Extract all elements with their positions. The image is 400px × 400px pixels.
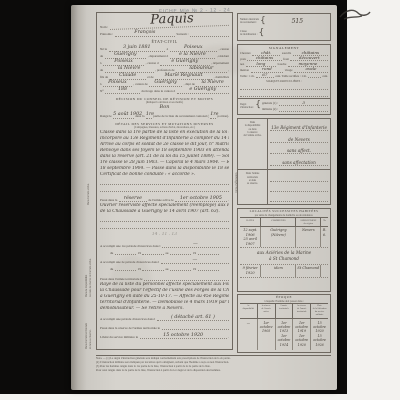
printed-label: 19	[193, 268, 196, 272]
localites-col-header: №	[320, 218, 328, 226]
text-line: du recrutement :	[240, 21, 259, 24]
handwritten-value	[142, 254, 163, 255]
printed-label: à	[100, 83, 101, 87]
printed-label: 19	[193, 252, 196, 256]
printed-label: Né le	[100, 48, 107, 52]
epoque-cell: 1er octobre19131er octobre1914	[275, 319, 293, 350]
text-line: de mobilisation :	[240, 33, 257, 36]
localites-span-row: aux Aciéries de la Marineà St Chamond	[240, 248, 328, 265]
text-line: 15 octobre	[311, 321, 328, 329]
footnotes: Nota. — (1) Le degré d'instruction génér…	[96, 355, 331, 373]
ruled-blank-lines	[100, 178, 229, 192]
localites-cell: 12 sept. 190625 avril 1907	[240, 227, 260, 247]
text-line: 1er octobre	[258, 321, 275, 329]
document-paper: FICHE Mle № 2 - 12 - 24 Dans l'armée act…	[71, 5, 337, 390]
printed-label: à	[100, 62, 101, 66]
matricule-box: Numéro matriculedu recrutement : { 515 C…	[237, 13, 331, 41]
localites-cell: R.6.	[320, 227, 328, 247]
handwritten-value: de Nevers	[288, 137, 310, 142]
printed-label: , canton d	[146, 62, 159, 66]
text-line: 1919	[293, 329, 310, 333]
text-line: territoriale	[293, 311, 310, 314]
printed-label: front	[283, 58, 289, 62]
reserve-paragraph: Ouvrier réserviste affecté spécialement …	[100, 203, 229, 215]
epoque-date: 1er octobre1914	[276, 334, 293, 347]
handwritten-value: 5 août 1902	[113, 113, 134, 119]
epoque-header: ladisponibilitéla réservede l'arméeactiv…	[240, 303, 328, 318]
etat-civil-line: Né le3 juin 1881àPoiseux, canton	[100, 45, 229, 52]
text-line: ou dans la réserve de l'armée active.	[89, 258, 93, 297]
affectation-line: de Nevers	[270, 134, 328, 143]
handwritten-value: e Guérigny	[177, 88, 229, 94]
handwritten-value	[198, 270, 219, 271]
printed-label: Passé dans la	[100, 199, 117, 203]
text-line: 1926	[311, 343, 328, 347]
text-line: à St Chamond	[240, 256, 328, 262]
text-line: 1er octobre	[293, 321, 310, 329]
printed-label: du	[110, 268, 113, 272]
printed-label: et de	[147, 76, 153, 80]
surname-label: Nom :	[100, 26, 108, 30]
epoque-cell: 1er octobre19191er octobre1920	[292, 319, 310, 350]
affectation-row: Dans l'arméeterritorialeet danssa réserv…	[238, 170, 330, 204]
printed-label: .	[228, 199, 229, 203]
footnote-line: Pour ceux rangés dans la 2e partie de la…	[96, 369, 331, 373]
blank-line	[100, 185, 229, 192]
marques-blank-lines	[240, 83, 328, 97]
brace-glyph: {	[255, 101, 261, 110]
epoque-body: —1er octobre19051er octobre19131er octob…	[240, 319, 328, 350]
epoque-cell: 15 octobre192015 octobre1926	[310, 319, 328, 350]
handwritten-value: Guérigny	[105, 53, 147, 59]
text-line: 1er octobre	[276, 334, 293, 342]
taille-row: Taille : 1 m.67cent. Taille rectifiée : …	[240, 73, 328, 79]
affectation-row-label: Dans l'arméeterritorialeet danssa réserv…	[238, 170, 268, 204]
epoque-col-header: la réservede l'arméeterritoriale	[292, 304, 310, 317]
periode1-dates: du19au19	[110, 248, 219, 255]
handwritten-value: 3 juin 1881	[109, 46, 166, 52]
brace-glyph: {	[258, 29, 264, 38]
localites-cell: idem	[260, 265, 295, 276]
territoriale-paragraph: Rayé de la liste du personnel affecté sp…	[100, 282, 229, 312]
handwritten-value	[144, 280, 229, 281]
text-line: 25 avril 1907	[240, 237, 260, 246]
libere-line: Libéré du service militaire le15 octobre…	[100, 332, 229, 339]
text-line: St Chamond	[296, 266, 320, 271]
faint-date-note: 14 . 11 . 13	[100, 232, 229, 238]
degre-militaire: militaire (2) :	[262, 106, 328, 112]
periode2-dates: du19au19	[110, 264, 219, 271]
printed-label: Passé dans l'armée territoriale le	[100, 278, 143, 282]
printed-label: générale (1) :	[262, 102, 278, 106]
printed-label: de	[100, 69, 103, 73]
text-line: 1914	[276, 343, 293, 347]
printed-label: A accompli une 1re période d'exercices d…	[100, 245, 160, 249]
text-line: 1913	[276, 329, 293, 333]
divider	[238, 98, 330, 99]
printed-label: Taille : 1 m.	[240, 75, 254, 79]
text-line: 12 sept. 1906	[240, 228, 260, 237]
localites-col-header: SUBDIVISIONde région	[295, 218, 320, 226]
handwritten-value: —	[161, 259, 229, 265]
printed-label: nez	[240, 63, 244, 67]
epoque-box: ÉPOQUE à laquelle l'homme doit passer da…	[237, 294, 331, 353]
surname-row: Nom : Paquis	[100, 14, 229, 30]
printed-label: 19	[138, 252, 141, 256]
localites-box: LOCALITÉS SUCCESSIVES HABITÉES par suite…	[237, 208, 331, 292]
blank-line	[240, 90, 328, 97]
handwritten-value: Guérigny	[149, 81, 182, 87]
blank-line	[100, 178, 229, 185]
printed-label: cent. Taille rectifiée : 1 m.	[275, 75, 306, 79]
printed-label: à	[167, 48, 168, 52]
text-line: COMMUNES	[261, 219, 295, 222]
epoque-date: 1er octobre1913	[276, 321, 293, 334]
handwritten-value	[308, 77, 321, 78]
handwritten-value	[115, 254, 136, 255]
reserve-territoriale-line: Passé dans la réserve de l'armée territo…	[100, 323, 229, 330]
printed-label: au	[165, 252, 168, 256]
classe-row: Classede mobilisation : {	[240, 27, 328, 39]
affectation-line: sans affectation	[270, 157, 328, 166]
printed-label: N°	[100, 90, 104, 94]
printed-label: yeux	[240, 58, 246, 62]
text-line: militaire	[311, 314, 328, 317]
degre-row: Degréd'instruction : { générale (1) :3 m…	[240, 100, 328, 111]
ruled-blank-lines	[100, 215, 229, 229]
handwritten-line: de la Chaussade à Guérigny le 14 avril 1…	[100, 209, 229, 215]
text-line: (Nièvre)	[261, 233, 295, 238]
handwritten-value	[115, 270, 136, 271]
handwritten-value: ovale	[294, 67, 328, 72]
handwritten-line: démobilisateur. — Se retire à Nevers.	[100, 306, 229, 312]
affectation-line	[270, 183, 328, 192]
affectation-rows: Dansla disponibilitéou dansla réservede …	[238, 119, 330, 204]
affectation-line	[270, 173, 328, 182]
firstname-row: Prénoms : François Surnom :	[100, 30, 229, 37]
text-line: 1905	[258, 329, 275, 333]
handwritten-value: la Nièvre	[105, 67, 154, 73]
screenshot-root: { "stamp": {"text": "FICHE Mle № 2 - 12 …	[0, 0, 400, 400]
localites-row: 12 sept. 190625 avril 1907Guérigny(Nièvr…	[240, 227, 328, 248]
handwritten-value	[162, 329, 229, 330]
printed-label: Passé dans la réserve de l'armée territo…	[100, 327, 160, 331]
main-form-frame: Nom : Paquis Prénoms : François Surnom :…	[96, 12, 233, 350]
text-line: 1er octobre	[276, 321, 293, 329]
firstname-value: François	[115, 31, 175, 37]
printed-label: A accompli une période d'exercices dans …	[100, 318, 155, 322]
handwritten-value: 1er octobre 1905	[175, 197, 227, 203]
handwritten-value: sans affectation	[282, 160, 316, 165]
blank-line	[100, 215, 229, 222]
etat-civil-line: N°188du tirage dans le canton de Guérign…	[100, 87, 229, 94]
text-line: et dans sa réserve.	[89, 323, 93, 349]
printed-label: de l'armée active le	[148, 199, 173, 203]
printed-label: ,	[228, 69, 229, 73]
printed-label: Libéré du service militaire le	[100, 336, 138, 340]
printed-label: , canton	[219, 48, 229, 52]
printed-label: A accompli une 2e période d'exercices da…	[100, 261, 159, 265]
affectation-row-label: Dansla disponibilitéou dansla réservede …	[238, 119, 268, 169]
signalement-row: mentonrondvisageovale	[240, 67, 328, 73]
handwritten-value: Claude	[110, 74, 146, 80]
handwritten-value: 1re	[146, 113, 152, 119]
epoque-cell: 1er octobre1905	[257, 319, 275, 350]
printed-label: fils de	[100, 76, 108, 80]
handwritten-value: 3	[279, 101, 328, 106]
affectation-line: sans affect.	[270, 145, 328, 154]
printed-label: dans la	[135, 115, 144, 119]
signalement-box: SIGNALEMENT Cheveuxchât.sourcilschâtains…	[237, 44, 331, 115]
handwritten-value: sans affect.	[287, 148, 311, 153]
matricule-row: Numéro matriculedu recrutement : { 515	[240, 15, 328, 27]
handwritten-value: ( détaché art. 61 )	[157, 316, 229, 322]
page-margin-bottom	[0, 394, 400, 400]
epoque-date: 15 octobre1920	[311, 321, 328, 334]
text-line: —	[240, 321, 257, 325]
handwritten-value: réserve	[119, 197, 147, 203]
handwritten-value	[142, 270, 163, 271]
handwritten-value: laboureur	[176, 67, 227, 73]
printed-label: bouche	[278, 63, 287, 67]
epoque-col-header: la réservede l'arméeactive	[257, 304, 275, 317]
printed-label: menton	[240, 69, 249, 73]
handwritten-value: e Guérigny	[160, 60, 209, 66]
epoque-date: 1er octobre1920	[293, 334, 310, 347]
printed-label: , canton de	[133, 83, 147, 87]
affectation-box: Dansla disponibilitéou dansla réservede …	[237, 118, 331, 205]
epoque-cell: —	[240, 319, 257, 350]
epoque-date: 1er octobre1905	[258, 321, 275, 334]
printed-label: Cheveux	[240, 52, 251, 56]
firstname-label: Prénoms :	[100, 33, 113, 37]
epoque-date: 1er octobre1919	[293, 321, 310, 334]
printed-label: 19	[138, 268, 141, 272]
localites-row: 9 février 1920idemSt Chamond	[240, 265, 328, 277]
epoque-col-header: ladisponibilité	[240, 304, 257, 317]
handwritten-value: 188	[105, 88, 140, 94]
handwritten-value: Poiseux	[170, 46, 218, 52]
printed-label: de	[100, 55, 103, 59]
text-line: disponibilité	[240, 308, 257, 311]
printed-label: visage	[285, 69, 293, 73]
localites-cell: 9 février 1920	[240, 265, 260, 276]
text-line: 1er octobre	[293, 334, 310, 342]
text-line: 15 octobre	[311, 334, 328, 342]
epoque-date: 15 octobre1926	[311, 334, 328, 347]
ink-squiggle-mark	[338, 7, 372, 23]
printed-label: du tirage dans le canton d	[141, 90, 175, 94]
handwritten-value	[170, 254, 191, 255]
text-line: Nevers	[296, 228, 320, 233]
printed-label: du	[110, 252, 113, 256]
printed-label: militaire (2) :	[262, 108, 278, 112]
printed-label: , résidant	[217, 55, 229, 59]
handwritten-value	[198, 254, 219, 255]
localites-col-header: COMMUNES	[260, 218, 295, 226]
periode1-line: A accompli une 1re période d'exercices d…	[100, 241, 229, 248]
affectation-line: 13e Régiment d'Infanterie	[270, 122, 328, 131]
etat-civil-line: deGuérigny, département de la Nièvre, ré…	[100, 52, 229, 59]
localites-cell: St Chamond	[295, 265, 320, 276]
text-line: sa réserve.	[239, 182, 266, 185]
margin-label-armee-active: Dans l'armée active.	[87, 183, 91, 205]
text-line: №	[321, 219, 328, 222]
etat-civil-lines: Né le3 juin 1881àPoiseux, canton deGuéri…	[100, 45, 229, 94]
text-line: d'instruction :	[240, 106, 254, 109]
etat-civil-line: dela Nièvre, profession delaboureur,	[100, 66, 229, 73]
degre-generale: générale (1) :3	[262, 100, 328, 106]
affectation-row: Dansla disponibilitéou dansla réservede …	[238, 119, 330, 170]
margin-label-territoriale: Dans l'armée territorialeet dans sa rése…	[85, 323, 92, 349]
localites-cell	[320, 265, 328, 276]
localites-header: DATESCOMMUNESSUBDIVISIONde région№	[240, 217, 328, 227]
handwritten-value	[279, 111, 328, 112]
handwritten-value: 13e Régiment d'Infanterie	[271, 125, 327, 130]
liste-line: Rangé le5 août 1902dans la1repartie de l…	[100, 112, 229, 119]
passe-territoriale-line: Passé dans l'armée territoriale le	[100, 274, 229, 281]
surname-value: Paquis	[110, 10, 229, 30]
brace-glyph: {	[260, 17, 266, 26]
decision-value: Bon	[100, 104, 229, 110]
printed-label: au	[165, 268, 168, 272]
classe-label: Classede mobilisation :	[240, 30, 257, 36]
handwritten-value: 1re	[210, 113, 216, 119]
text-line: active	[258, 311, 275, 314]
nickname-label: Surnom :	[176, 33, 188, 37]
epoque-date: —	[240, 321, 257, 325]
text-line: idem	[261, 266, 295, 271]
text-line: Dans l'armée active.	[87, 183, 91, 205]
printed-label: cent.	[322, 75, 328, 79]
localites-cell: Nevers	[295, 227, 320, 247]
handwritten-value: 15 octobre 1920	[140, 334, 227, 340]
text-line: 9 février 1920	[240, 266, 260, 275]
epoque-col-header: l'arméeterritoriale	[275, 304, 293, 317]
text-line: 1920	[293, 343, 310, 347]
localites-cell: Guérigny(Nièvre)	[260, 227, 295, 247]
degre-label: Degréd'instruction :	[240, 103, 254, 109]
handwritten-value: la Nièvre	[196, 81, 229, 87]
services-paragraph: Classé dans la 1re partie de la liste en…	[100, 130, 229, 178]
localites-col-header: DATES	[240, 218, 260, 226]
territoriale-periode-line: A accompli une période d'exercices dans …	[100, 314, 229, 321]
matricule-value: 515	[267, 18, 328, 25]
handwritten-value: Poiseux	[103, 81, 132, 87]
printed-label: , département	[211, 62, 229, 66]
matricule-label: Numéro matriculedu recrutement :	[240, 18, 259, 24]
etat-civil-line: fils deClaudeet deMarie Régnault, domici…	[100, 73, 229, 80]
handwritten-value: —	[162, 243, 229, 249]
handwritten-value	[170, 270, 191, 271]
affectation-write-area	[268, 170, 330, 204]
localites-body: 12 sept. 190625 avril 1907Guérigny(Nièvr…	[240, 227, 328, 278]
printed-label: sourcils	[282, 52, 291, 56]
printed-label: Rangé le	[100, 115, 112, 119]
text-line: 1920	[311, 329, 328, 333]
printed-label: , département d	[148, 55, 168, 59]
handwritten-value: Poiseux	[103, 60, 144, 66]
nickname-value	[190, 36, 229, 37]
affectation-line	[270, 193, 328, 202]
printed-label: partie de la liste du recrutement canton…	[153, 115, 209, 119]
blank-line	[100, 222, 229, 229]
text-line: 6.	[321, 233, 328, 238]
text-line: DATES	[240, 219, 260, 222]
text-line: territoriale	[276, 308, 293, 311]
handwritten-value: e la Nièvre	[170, 53, 216, 59]
handwritten-value: 67	[256, 73, 274, 78]
printed-label: portion).	[218, 115, 229, 119]
etat-civil-line: àPoiseux, canton deGuérigny, dépt dela N…	[100, 80, 229, 87]
periode2-line: A accompli une 2e période d'exercices da…	[100, 257, 229, 264]
passe-reserve-line: Passé dans laréservede l'armée active le…	[100, 195, 229, 202]
blank-line	[240, 83, 328, 90]
printed-label: .	[228, 336, 229, 340]
etat-civil-line: àPoiseux, canton de Guérigny, départemen…	[100, 59, 229, 66]
margin-label-disponibilite: Dans la disponibilitéou dans la réserve …	[85, 258, 92, 297]
page-margin-right	[347, 0, 400, 400]
services-subtitle: (Campagnes, blessures, actions d'éclat, …	[100, 126, 229, 129]
epoque-col-header: Datede la libérationdu servicemilitaire	[310, 304, 328, 317]
affectation-write-area: 13e Régiment d'Infanteriede Neverssans a…	[268, 119, 330, 169]
text-line: de région	[296, 222, 320, 225]
handwritten-value: Marie Régnault	[155, 74, 212, 80]
text-line: de l'armée active.	[239, 134, 266, 137]
